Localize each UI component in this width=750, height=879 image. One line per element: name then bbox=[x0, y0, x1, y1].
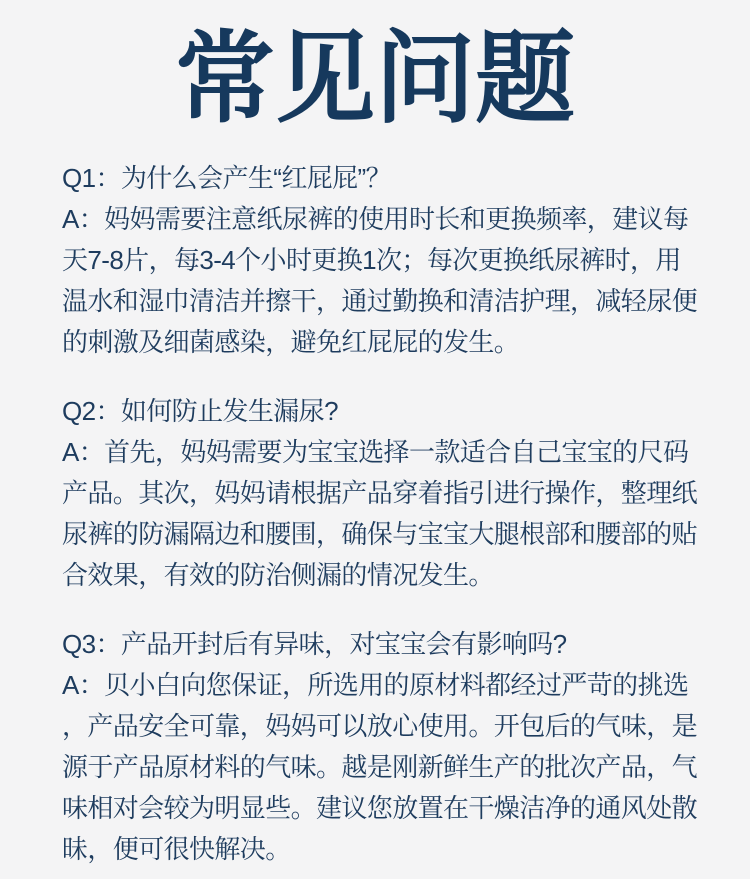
faq-item-q3: Q3：产品开封后有异味，对宝宝会有影响吗? A：贝小白向您保证，所选用的原材料都… bbox=[62, 624, 730, 870]
faq-answer-q3: A：贝小白向您保证，所选用的原材料都经过严苛的挑选 ，产品安全可靠，妈妈可以放心… bbox=[62, 665, 730, 870]
faq-answer-q1: A：妈妈需要注意纸尿裤的使用时长和更换频率，建议每 天7-8片，每3-4个小时更… bbox=[62, 199, 730, 363]
faq-item-q1: Q1：为什么会产生“红屁屁”？ A：妈妈需要注意纸尿裤的使用时长和更换频率，建议… bbox=[62, 158, 730, 363]
faq-answer-q2: A：首先，妈妈需要为宝宝选择一款适合自己宝宝的尺码 产品。其次，妈妈请根据产品穿… bbox=[62, 432, 730, 596]
faq-item-q2: Q2：如何防止发生漏尿? A：首先，妈妈需要为宝宝选择一款适合自己宝宝的尺码 产… bbox=[62, 391, 730, 596]
faq-question-q1: Q1：为什么会产生“红屁屁”？ bbox=[62, 158, 730, 199]
faq-section: Q1：为什么会产生“红屁屁”？ A：妈妈需要注意纸尿裤的使用时长和更换频率，建议… bbox=[0, 158, 750, 870]
faq-question-q3: Q3：产品开封后有异味，对宝宝会有影响吗? bbox=[62, 624, 730, 665]
faq-page: 常见问题 Q1：为什么会产生“红屁屁”？ A：妈妈需要注意纸尿裤的使用时长和更换… bbox=[0, 0, 750, 879]
page-title: 常见问题 bbox=[0, 22, 750, 136]
faq-question-q2: Q2：如何防止发生漏尿? bbox=[62, 391, 730, 432]
